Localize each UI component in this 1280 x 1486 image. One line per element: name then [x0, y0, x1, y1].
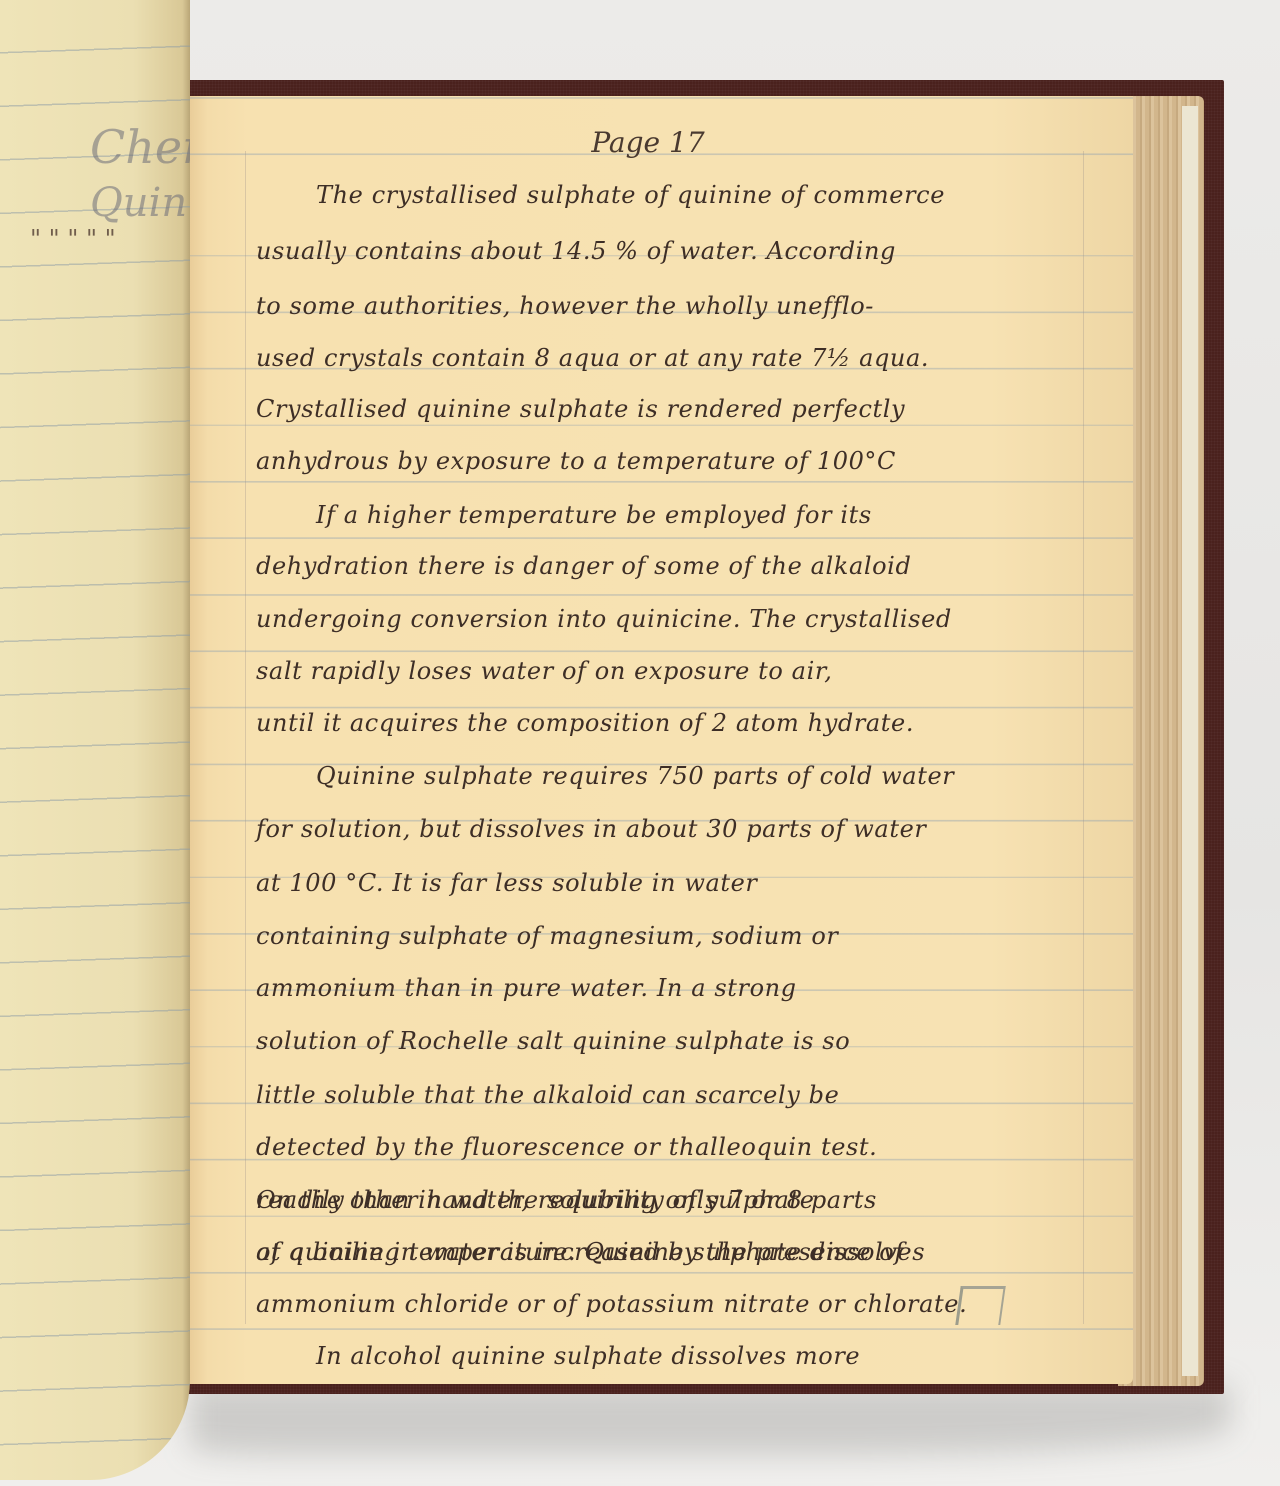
text-line: The crystallised sulphate of quinine of … [256, 180, 1071, 210]
text-line: salt rapidly loses water of on exposure … [256, 656, 1071, 686]
text-line: readily than in water, requiring only 7 … [256, 1185, 877, 1215]
text-line: undergoing conversion into quinicine. Th… [256, 604, 1071, 634]
text-line: until it acquires the composition of 2 a… [256, 708, 1071, 738]
text-line: little soluble that the alkaloid can sca… [256, 1080, 1071, 1110]
text-line: dehydration there is danger of some of t… [256, 551, 1071, 581]
text-line: ammonium chloride or of potassium nitrat… [256, 1289, 1071, 1319]
facing-left-page: Chem Quin " " " " " [0, 0, 190, 1480]
text-line: for solution, but dissolves in about 30 … [256, 814, 1071, 844]
pencil-continuation-mark [955, 1286, 1005, 1325]
text-line: containing sulphate of magnesium, sodium… [256, 921, 1071, 951]
text-line: solution of Rochelle salt quinine sulpha… [256, 1026, 1071, 1056]
text-line: In alcohol quinine sulphate dissolves mo… [256, 1341, 1071, 1371]
text-line: If a higher temperature be employed for … [256, 500, 1071, 530]
text-line: Crystallised quinine sulphate is rendere… [256, 394, 1071, 424]
text-line: anhydrous by exposure to a temperature o… [256, 446, 1071, 476]
left-page-fragment: Chem [90, 120, 190, 174]
left-margin-line [245, 151, 246, 1324]
page-number-heading: Page 17 [498, 126, 798, 159]
text-line: to some authorities, however the wholly … [256, 291, 1071, 321]
left-page-ditto-marks: " " " " " [30, 225, 116, 253]
right-margin-line [1083, 151, 1084, 1324]
book-shadow [190, 1385, 1230, 1455]
text-line: detected by the fluorescence or thalleoq… [256, 1132, 1071, 1162]
text-line: usually contains about 14.5 % of water. … [256, 236, 1071, 266]
text-line: ammonium than in pure water. In a strong [256, 973, 1071, 1003]
text-line: used crystals contain 8 aqua or at any r… [256, 343, 1071, 373]
text-line: Quinine sulphate requires 750 parts of c… [256, 761, 1071, 791]
text-line: at 100 °C. It is far less soluble in wat… [256, 868, 1071, 898]
text-line: at a boiling temperature. Quinine sulpha… [256, 1237, 925, 1267]
endpaper [1182, 106, 1198, 1376]
left-page-fragment: Quin [90, 180, 187, 226]
